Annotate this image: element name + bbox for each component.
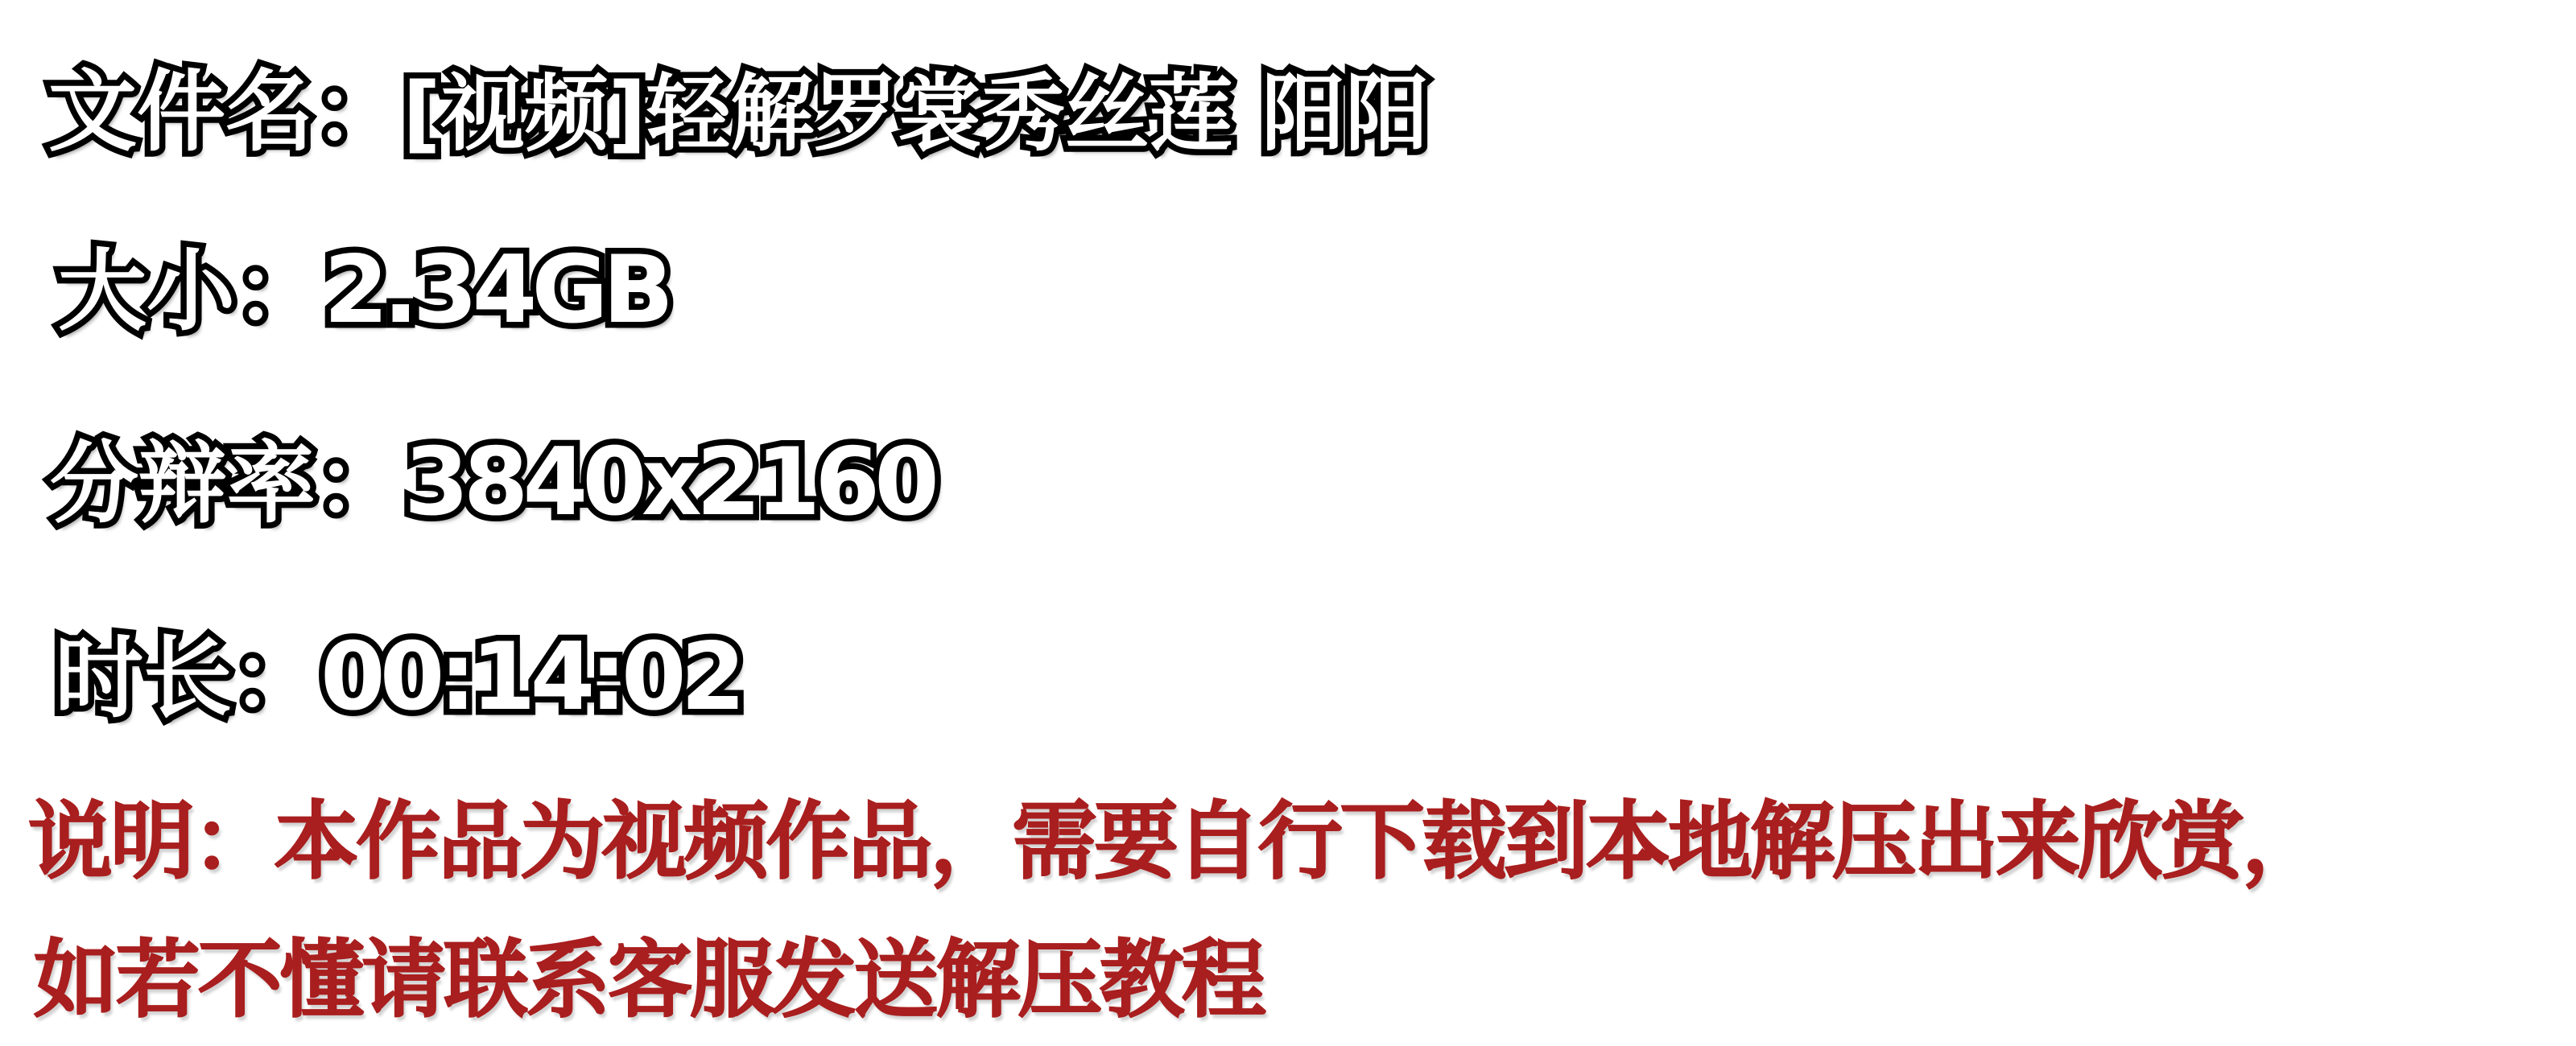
size-value: 2.34GB [324, 244, 668, 337]
field-row-size: 大小：2.34GB [58, 244, 668, 337]
filename-label: 文件名： [48, 68, 402, 156]
size-label: 大小： [58, 247, 324, 336]
field-row-resolution: 分辩率：3840x2160 [50, 436, 934, 529]
resolution-value: 3840x2160 [404, 436, 934, 529]
resolution-label: 分辩率： [50, 439, 404, 528]
notice-line-2: 如若不懂请联系客服发送解压教程 [34, 938, 1264, 1023]
field-row-filename: 文件名：[视频]轻解罗裳秀丝莲 阳阳 [48, 68, 1429, 156]
filename-value: [视频]轻解罗裳秀丝莲 阳阳 [402, 72, 1429, 155]
duration-value: 00:14:02 [320, 631, 740, 724]
notice-line-1: 说明：本作品为视频作品，需要自行下载到本地解压出来欣赏， [28, 800, 2324, 884]
field-row-duration: 时长：00:14:02 [55, 631, 740, 724]
duration-label: 时长： [55, 634, 320, 723]
